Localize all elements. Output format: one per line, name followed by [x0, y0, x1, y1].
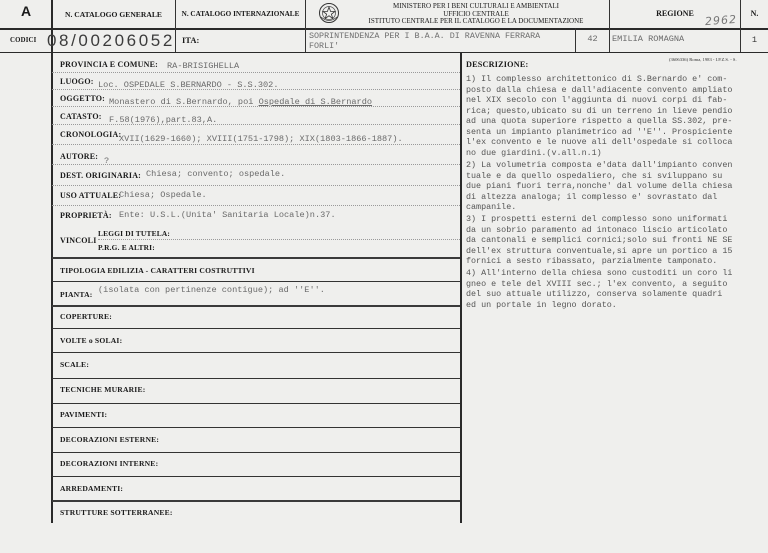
dest-originaria-label: DEST. ORIGINARIA: [60, 171, 141, 180]
cronologia-label: CRONOLOGIA: [60, 130, 121, 139]
catasto-label: CATASTO: [60, 112, 102, 121]
proprieta-value: Ente: U.S.L.(Unita' Sanitaria Locale)n.3… [119, 210, 336, 220]
ita-label: ITA: [182, 35, 199, 45]
cronologia-value: XVII(1629-1660); XVIII(1751-1798); XIX(1… [119, 134, 403, 144]
tecniche-murarie-label: TECNICHE MURARIE: [60, 385, 145, 394]
catasto-value: F.58(1976),part.83,A. [109, 115, 217, 125]
italian-republic-emblem-icon [318, 2, 340, 24]
oggetto-value: Monastero di S.Bernardo, poi Ospedale di… [109, 97, 372, 107]
descrizione-paragraph-4: 4) All'interno della chiesa sono custodi… [466, 268, 762, 310]
provincia-value: RA-BRISIGHELLA [167, 61, 239, 71]
soprintendenza: SOPRINTENDENZA PER I B.A.A. DI RAVENNA F… [309, 31, 540, 51]
provincia-label: PROVINCIA E COMUNE: [60, 60, 158, 69]
proprieta-label: PROPRIETÀ: [60, 211, 112, 220]
autore-label: AUTORE: [60, 152, 98, 161]
prg-altri-label: P.R.G. E ALTRI: [98, 243, 155, 252]
oggetto-label: OGGETTO: [60, 94, 105, 103]
luogo-label: LUOGO: [60, 77, 94, 86]
dest-originaria-value: Chiesa; convento; ospedale. [146, 169, 285, 179]
coperture-label: COPERTURE: [60, 312, 112, 321]
decorazioni-interne-label: DECORAZIONI INTERNE: [60, 459, 158, 468]
codici-label: CODICI [10, 37, 37, 44]
catalogo-generale-number: 08/00206052 [47, 31, 175, 51]
form-type-letter: A [0, 3, 52, 19]
scale-label: SCALE: [60, 360, 89, 369]
descrizione-label: DESCRIZIONE: [466, 60, 528, 69]
strutture-sotterranee-label: STRUTTURE SOTTERRANEE: [60, 508, 173, 517]
n-value: 1 [741, 35, 768, 45]
catalogo-generale-label: N. CATALOGO GENERALE [52, 10, 175, 19]
print-note: (3606336) Roma, 1983 - I.P.Z.S. - S. [669, 57, 737, 62]
arredamenti-label: ARREDAMENTI: [60, 484, 123, 493]
pianta-label: PIANTA: [60, 290, 92, 299]
uso-attuale-value: Chiesa; Ospedale. [119, 190, 207, 200]
ministry-heading: MINISTERO PER I BENI CULTURALI E AMBIENT… [345, 3, 607, 26]
n-label: N. [741, 9, 768, 18]
vincoli-label: VINCOLI [60, 236, 97, 245]
leggi-tutela-label: LEGGI DI TUTELA: [98, 229, 170, 238]
soprintendenza-line-2: FORLI' [309, 41, 540, 51]
pianta-value: (isolata con pertinenze contigue); ad ''… [98, 285, 325, 295]
catalogo-internazionale-label: N. CATALOGO INTERNAZIONALE [176, 10, 305, 18]
autore-value: ? [104, 156, 109, 166]
decorazioni-esterne-label: DECORAZIONI ESTERNE: [60, 435, 159, 444]
soprintendenza-line-1: SOPRINTENDENZA PER I B.A.A. DI RAVENNA F… [309, 31, 540, 41]
oggetto-value-a: Monastero di S.Bernardo, poi [109, 97, 259, 107]
uso-attuale-label: USO ATTUALE: [60, 191, 121, 200]
tipologia-heading: TIPOLOGIA EDILIZIA - CARATTERI COSTRUTTI… [60, 266, 255, 275]
regione-value: EMILIA ROMAGNA [612, 34, 684, 44]
descrizione-paragraph-2: 2) La volumetria composta e'data dall'im… [466, 160, 762, 213]
ente-code: 42 [576, 34, 609, 44]
pavimenti-label: PAVIMENTI: [60, 410, 107, 419]
luogo-value: Loc. OSPEDALE S.BERNARDO - S.S.302. [98, 80, 279, 90]
descrizione-paragraph-1: 1) Il complesso architettonico di S.Bern… [466, 74, 762, 158]
descrizione-paragraph-3: 3) I prospetti esterni del complesso son… [466, 214, 762, 267]
oggetto-value-b: Ospedale di S.Bernardo [259, 97, 372, 107]
volte-label: VOLTE o SOLAI: [60, 336, 122, 345]
handwritten-number: 2962 [705, 13, 738, 28]
ministry-line-3: ISTITUTO CENTRALE PER IL CATALOGO E LA D… [345, 18, 607, 26]
